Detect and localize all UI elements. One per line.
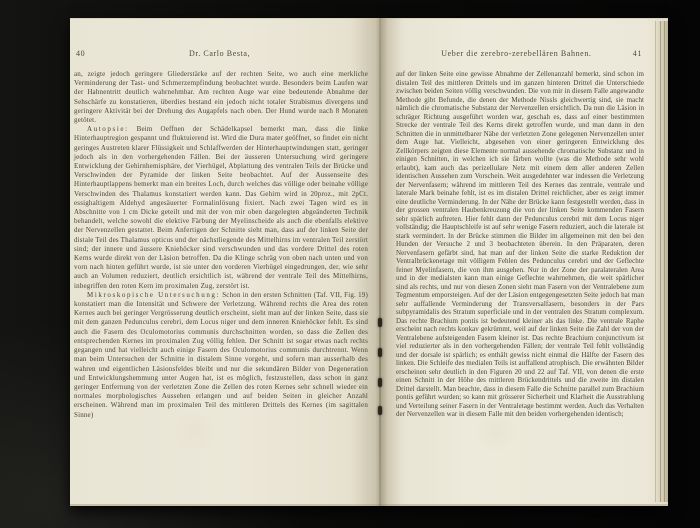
paragraph-lead: Autopsie: (87, 125, 129, 133)
binding-stitch (378, 378, 382, 387)
body-text-right: auf der linken Seite eine gewisse Abnahm… (396, 70, 644, 419)
open-book-scan: 40 Dr. Carlo Besta, an, zeigte jedoch ge… (70, 18, 668, 506)
binding-stitch (378, 348, 382, 357)
stacked-page-edges (655, 21, 668, 502)
paragraph: Mikroskopische Untersuchung: Schon in de… (74, 291, 368, 420)
page-number-right: 41 (633, 49, 642, 58)
binding-stitch (378, 406, 382, 415)
binding-stitch (378, 318, 382, 327)
book-page-right: Ueber die zerebro-zerebellären Bahnen. 4… (380, 18, 668, 506)
paragraph: auf der linken Seite eine gewisse Abnahm… (396, 70, 644, 419)
paragraph: an, zeigte jedoch geringere Gliederstärk… (74, 70, 368, 125)
running-header-author: Dr. Carlo Besta, (85, 49, 354, 58)
running-header-title: Ueber die zerebro-zerebellären Bahnen. (400, 49, 633, 58)
book-page-left: 40 Dr. Carlo Besta, an, zeigte jedoch ge… (70, 18, 380, 506)
paragraph: Autopsie: Beim Oeffnen der Schädelkapsel… (74, 125, 368, 291)
page-number-left: 40 (76, 49, 85, 58)
body-text-left: an, zeigte jedoch geringere Gliederstärk… (74, 70, 368, 420)
running-head-right: Ueber die zerebro-zerebellären Bahnen. 4… (396, 49, 644, 58)
paragraph-lead: Mikroskopische Untersuchung: (87, 291, 220, 299)
running-head-left: 40 Dr. Carlo Besta, (74, 49, 368, 58)
